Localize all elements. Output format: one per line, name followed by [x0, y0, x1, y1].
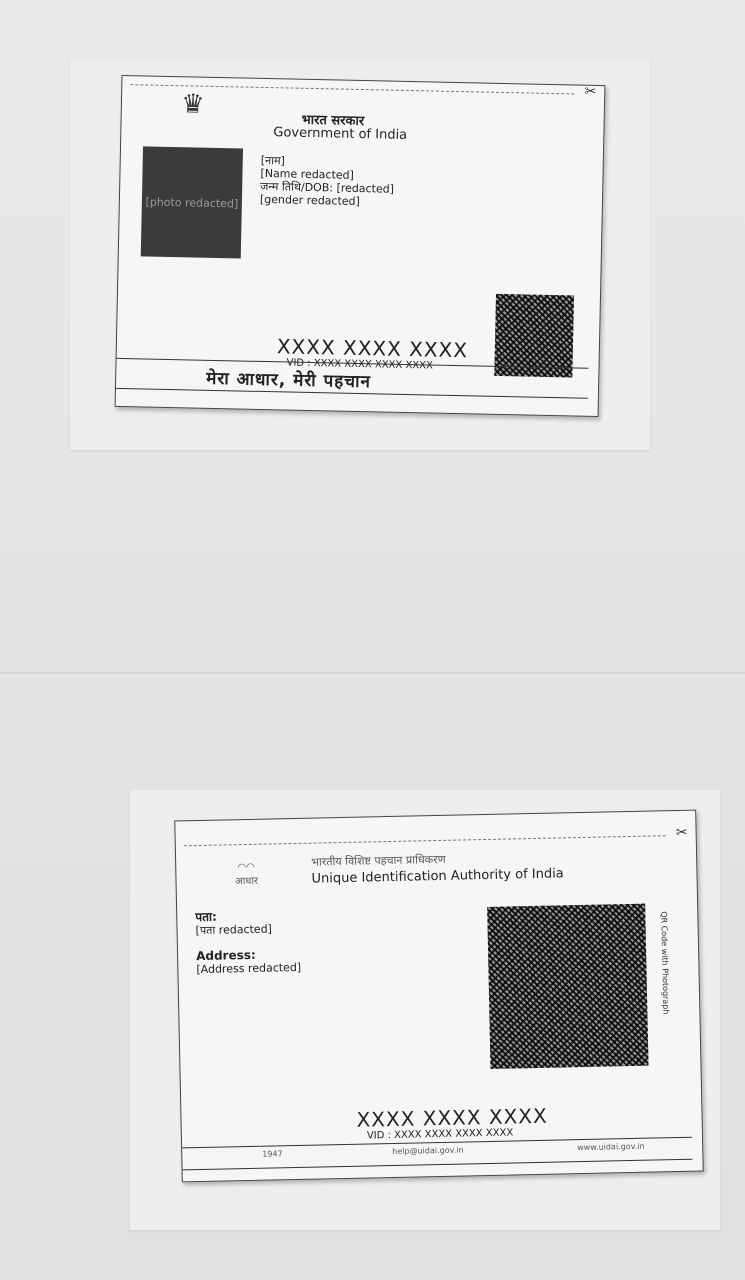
- header-english: Government of India: [273, 125, 407, 143]
- paper-fold: [0, 672, 745, 674]
- qr-code: [487, 904, 648, 1069]
- id-number: XXXX XXXX XXXX: [356, 1104, 548, 1132]
- footer-phone: 1947: [262, 1149, 283, 1158]
- emblem-icon: ♛: [179, 89, 206, 126]
- scissors-icon: ✂: [584, 84, 596, 100]
- scissors-icon: ✂: [676, 825, 688, 841]
- address-block: पता: [पता redacted] Address: [Address re…: [195, 905, 476, 976]
- footer-email: help@uidai.gov.in: [392, 1146, 463, 1156]
- vid-number: VID : XXXX XXXX XXXX XXXX: [367, 1127, 514, 1141]
- authority-hindi: भारतीय विशिष्ट पहचान प्राधिकरण: [311, 852, 446, 870]
- aadhaar-logo-icon: ◠◠आधार: [224, 862, 269, 895]
- id-card-back: ✂ ◠◠आधार भारतीय विशिष्ट पहचान प्राधिकरण …: [174, 810, 703, 1183]
- holder-info: [नाम] [Name redacted] जन्म तिथि/DOB: [re…: [260, 154, 395, 209]
- holder-photo: [photo redacted]: [141, 146, 243, 258]
- authority-english: Unique Identification Authority of India: [311, 866, 563, 886]
- id-card-front: ✂ ♛ भारत सरकार Government of India [phot…: [115, 75, 606, 417]
- divider: [183, 1159, 693, 1171]
- cut-line: [184, 835, 666, 846]
- address-hindi: [पता redacted]: [195, 918, 475, 937]
- qr-label: QR Code with Photograph: [659, 911, 670, 1014]
- footer-website: www.uidai.gov.in: [577, 1142, 645, 1152]
- address-label: Address:: [196, 948, 256, 963]
- address-label-hindi: पता:: [195, 910, 217, 924]
- tagline: मेरा आधार, मेरी पहचान: [206, 366, 371, 392]
- qr-code: [494, 294, 574, 378]
